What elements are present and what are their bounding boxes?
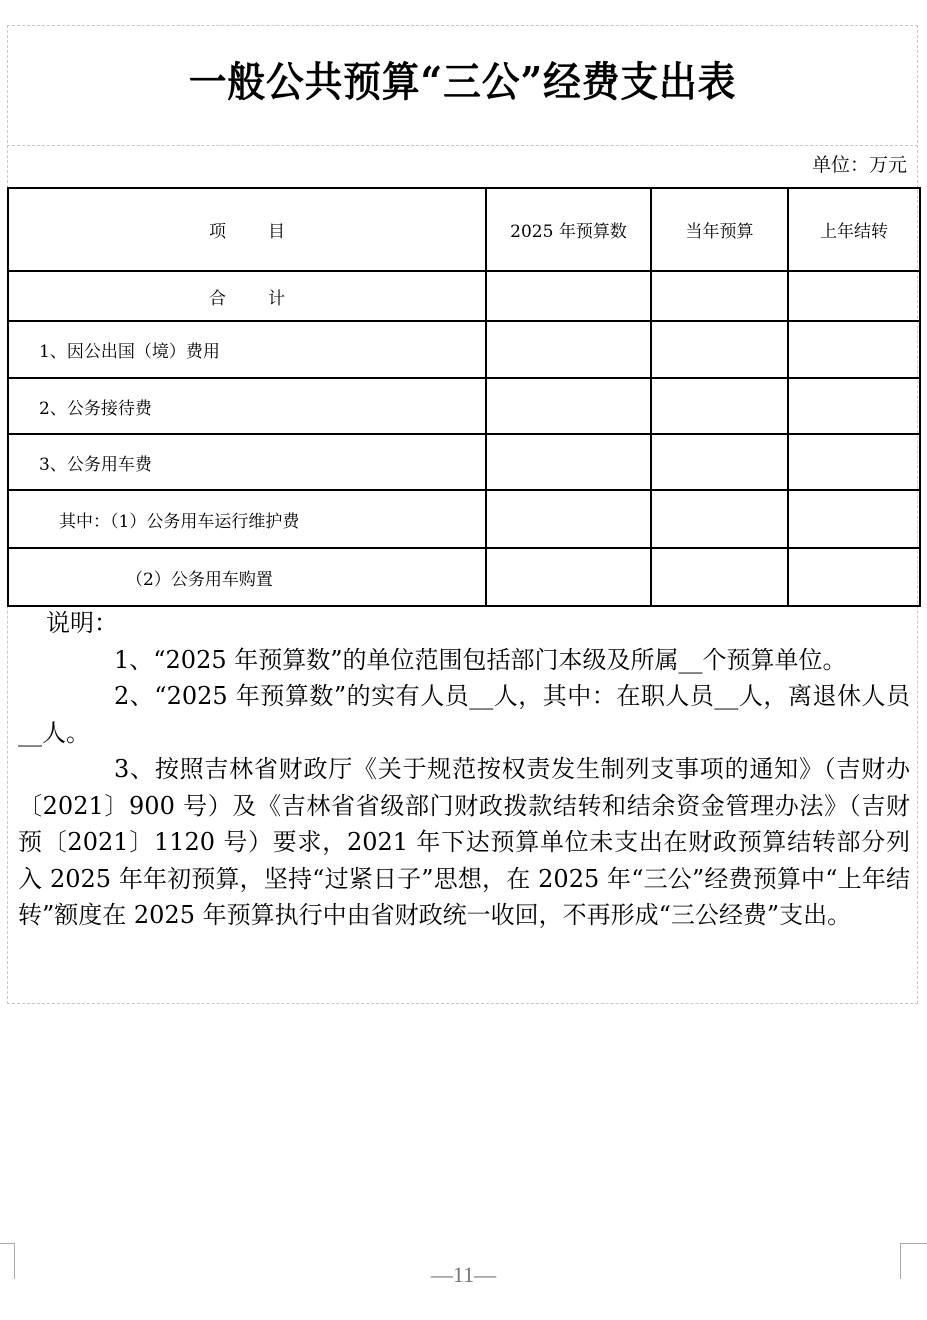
header-item: 项目: [8, 188, 486, 271]
note-item-2: 2、“2025 年预算数”的实有人员__人，其中：在职人员__人，离退休人员__…: [18, 678, 910, 751]
cell-budget-2025: [486, 434, 651, 490]
unit-label: 单位：万元: [812, 152, 907, 178]
cell-prior-carryover: [788, 321, 920, 378]
cell-current-year: [651, 490, 788, 548]
table-row: 其中：（1）公务用车运行维护费: [8, 490, 920, 548]
table-row-total: 合计: [8, 271, 920, 321]
cell-current-year: [651, 434, 788, 490]
cell-prior-carryover: [788, 271, 920, 321]
header-budget-2025: 2025 年预算数: [486, 188, 651, 271]
cell-prior-carryover: [788, 548, 920, 606]
total-label-part1: 合: [209, 289, 226, 309]
row-label-total: 合计: [8, 271, 486, 321]
row-label: （2）公务用车购置: [8, 548, 486, 606]
cell-budget-2025: [486, 490, 651, 548]
table-row: 3、公务用车费: [8, 434, 920, 490]
header-item-part1: 项: [209, 222, 226, 242]
cell-current-year: [651, 378, 788, 434]
row-label: 其中：（1）公务用车运行维护费: [8, 490, 486, 548]
cell-budget-2025: [486, 548, 651, 606]
total-label-part2: 计: [268, 289, 285, 309]
cell-current-year: [651, 321, 788, 378]
cell-budget-2025: [486, 321, 651, 378]
cell-prior-carryover: [788, 378, 920, 434]
header-item-part2: 目: [268, 222, 285, 242]
row-label: 3、公务用车费: [8, 434, 486, 490]
table-header-row: 项目 2025 年预算数 当年预算 上年结转: [8, 188, 920, 271]
notes-heading: 说明：: [18, 605, 910, 642]
cell-prior-carryover: [788, 490, 920, 548]
three-public-expenses-table: 项目 2025 年预算数 当年预算 上年结转 合计 1、因公出国（境）费用 2、…: [7, 187, 921, 607]
cell-prior-carryover: [788, 434, 920, 490]
cell-current-year: [651, 271, 788, 321]
table-row: 1、因公出国（境）费用: [8, 321, 920, 378]
row-label: 2、公务接待费: [8, 378, 486, 434]
table-row: （2）公务用车购置: [8, 548, 920, 606]
table-row: 2、公务接待费: [8, 378, 920, 434]
cell-current-year: [651, 548, 788, 606]
row-label: 1、因公出国（境）费用: [8, 321, 486, 378]
header-prior-carryover: 上年结转: [788, 188, 920, 271]
cell-budget-2025: [486, 271, 651, 321]
document-title: 一般公共预算“三公”经费支出表: [43, 52, 881, 112]
note-item-3: 3、按照吉林省财政厅《关于规范按权责发生制列支事项的通知》（吉财办〔2021〕9…: [18, 751, 910, 934]
header-current-year: 当年预算: [651, 188, 788, 271]
cell-budget-2025: [486, 378, 651, 434]
notes-section: 说明： 1、“2025 年预算数”的单位范围包括部门本级及所属__个预算单位。 …: [18, 605, 910, 934]
page-number: —11—: [0, 1262, 927, 1288]
title-divider: [7, 145, 918, 146]
note-item-1: 1、“2025 年预算数”的单位范围包括部门本级及所属__个预算单位。: [18, 642, 910, 679]
